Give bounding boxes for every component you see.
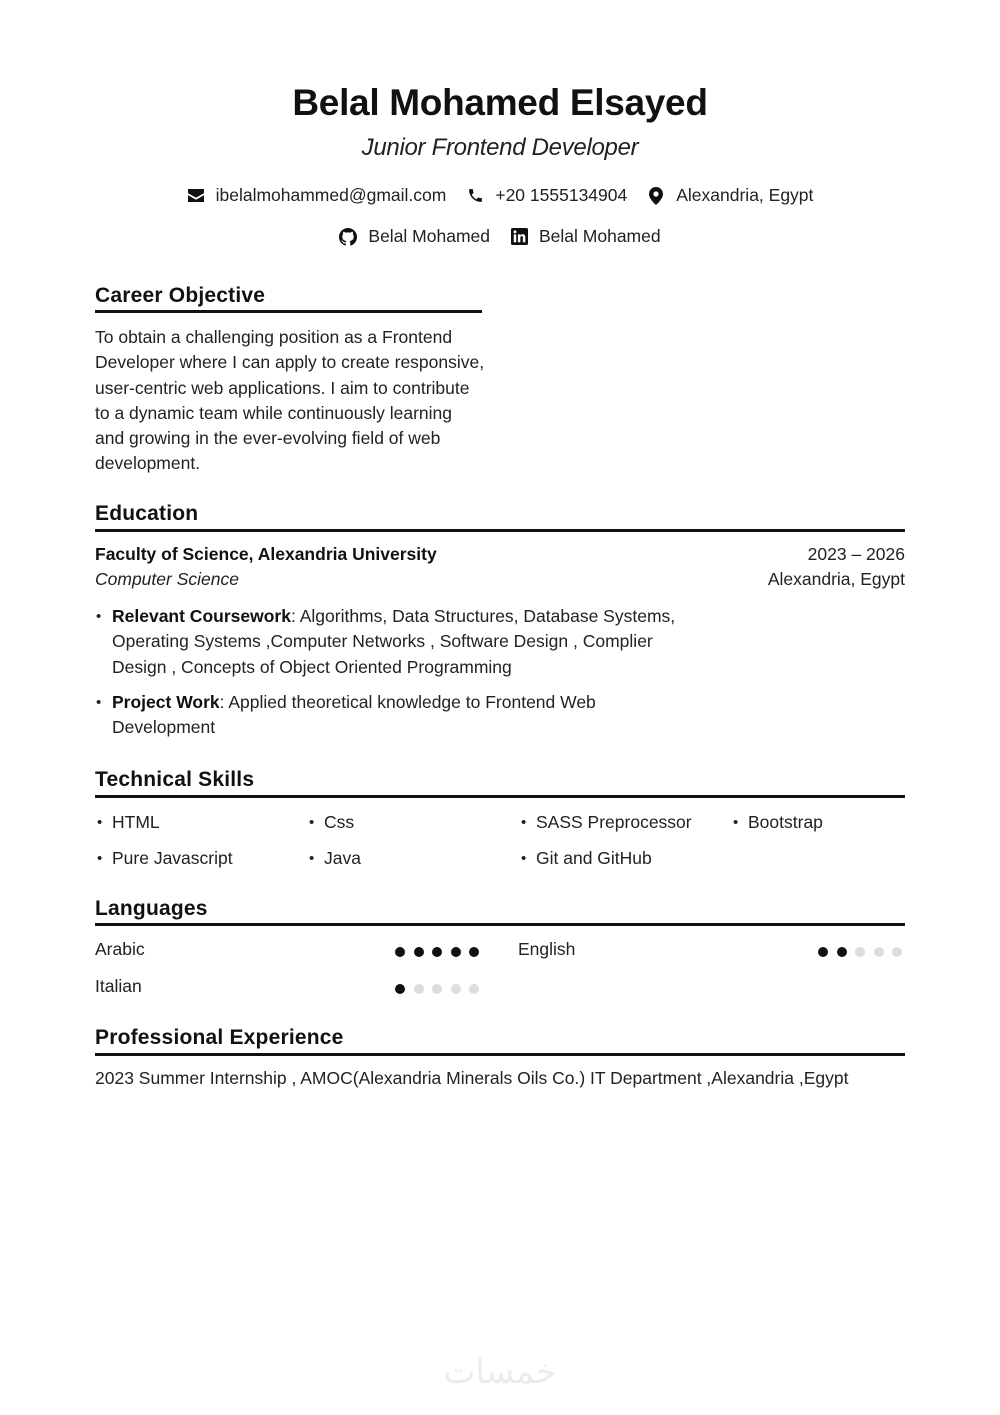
section-heading-languages: Languages <box>95 897 208 921</box>
contact-github[interactable]: Belal Mohamed <box>339 226 490 247</box>
career-objective-text: To obtain a challenging position as a Fr… <box>95 325 485 477</box>
section-divider <box>95 795 905 798</box>
map-pin-icon <box>647 187 665 205</box>
skill-item: Bootstrap <box>731 810 905 835</box>
github-text: Belal Mohamed <box>368 226 490 247</box>
job-title: Junior Frontend Developer <box>0 134 1000 162</box>
education-school: Faculty of Science, Alexandria Universit… <box>95 544 437 565</box>
section-divider <box>95 1053 905 1056</box>
skill-item: Pure Javascript <box>95 846 307 871</box>
skill-item: HTML <box>95 810 307 835</box>
section-heading-professional-experience: Professional Experience <box>95 1026 344 1050</box>
bullet-label: Project Work <box>112 692 220 712</box>
contact-location: Alexandria, Egypt <box>647 185 813 206</box>
phone-icon <box>466 187 484 205</box>
language-name: English <box>518 939 575 960</box>
location-text: Alexandria, Egypt <box>676 185 813 206</box>
language-rating <box>395 984 479 994</box>
education-degree: Computer Science <box>95 569 239 590</box>
skill-item: Css <box>307 810 519 835</box>
education-dates: 2023 – 2026 <box>808 544 905 565</box>
github-icon <box>339 228 357 246</box>
list-item: Relevant Coursework: Algorithms, Data St… <box>95 604 695 680</box>
section-heading-technical-skills: Technical Skills <box>95 768 254 792</box>
contact-email[interactable]: ibelalmohammed@gmail.com <box>187 185 447 206</box>
language-rating <box>395 947 479 957</box>
language-name: Italian <box>95 976 142 997</box>
section-divider <box>95 923 905 926</box>
rating-dot-filled <box>395 947 405 957</box>
rating-dot-filled <box>395 984 405 994</box>
experience-text: 2023 Summer Internship , AMOC(Alexandria… <box>95 1068 848 1089</box>
contact-phone[interactable]: +20 1555134904 <box>466 185 627 206</box>
rating-dot-filled <box>818 947 828 957</box>
rating-dot-empty <box>414 984 424 994</box>
list-item: Project Work: Applied theoretical knowle… <box>95 690 695 741</box>
rating-dot-filled <box>469 947 479 957</box>
section-heading-education: Education <box>95 502 198 526</box>
education-location: Alexandria, Egypt <box>768 569 905 590</box>
rating-dot-empty <box>892 947 902 957</box>
contact-linkedin[interactable]: Belal Mohamed <box>510 226 661 247</box>
linkedin-icon <box>510 228 528 246</box>
section-divider <box>95 310 482 313</box>
skill-item: Git and GitHub <box>519 846 731 871</box>
language-name: Arabic <box>95 939 145 960</box>
skill-item: SASS Preprocessor <box>519 810 731 835</box>
linkedin-text: Belal Mohamed <box>539 226 661 247</box>
rating-dot-empty <box>855 947 865 957</box>
rating-dot-empty <box>469 984 479 994</box>
section-divider <box>95 529 905 532</box>
watermark-logo: خمسات <box>0 1352 1000 1392</box>
rating-dot-empty <box>432 984 442 994</box>
contact-row-social: Belal Mohamed Belal Mohamed <box>0 226 1000 247</box>
candidate-name: Belal Mohamed Elsayed <box>0 82 1000 124</box>
rating-dot-filled <box>414 947 424 957</box>
rating-dot-filled <box>432 947 442 957</box>
contact-row-primary: ibelalmohammed@gmail.com +20 1555134904 … <box>0 185 1000 206</box>
skills-grid: HTML Css SASS Preprocessor Bootstrap Pur… <box>95 810 905 871</box>
rating-dot-empty <box>451 984 461 994</box>
rating-dot-empty <box>874 947 884 957</box>
resume-page: Belal Mohamed Elsayed Junior Frontend De… <box>0 0 1000 1415</box>
section-heading-career-objective: Career Objective <box>95 284 265 308</box>
language-rating <box>818 947 902 957</box>
skill-item: Java <box>307 846 519 871</box>
bullet-label: Relevant Coursework <box>112 606 291 626</box>
envelope-icon <box>187 187 205 205</box>
email-text: ibelalmohammed@gmail.com <box>216 185 447 206</box>
rating-dot-filled <box>451 947 461 957</box>
rating-dot-filled <box>837 947 847 957</box>
phone-text: +20 1555134904 <box>495 185 627 206</box>
education-bullets: Relevant Coursework: Algorithms, Data St… <box>95 604 695 750</box>
